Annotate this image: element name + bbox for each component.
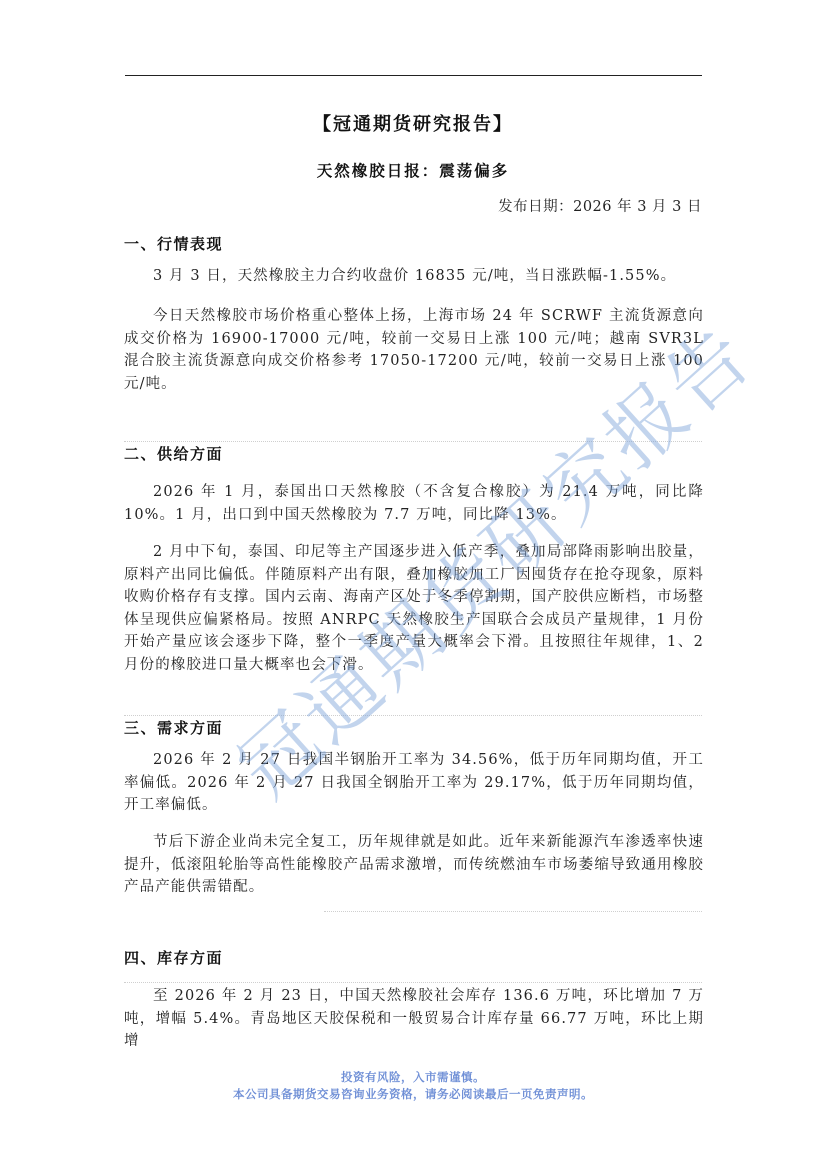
paragraph-inventory: 至 2026 年 2 月 23 日，中国天然橡胶社会库存 136.6 万吨，环比… bbox=[124, 985, 704, 1053]
section-heading-demand: 三、需求方面 bbox=[124, 717, 223, 738]
section-divider bbox=[324, 911, 702, 912]
section-heading-inventory: 四、库存方面 bbox=[124, 947, 223, 968]
report-title: 【冠通期货研究报告】 bbox=[0, 110, 826, 136]
document-page: 【冠通期货研究报告】 天然橡胶日报：震荡偏多 发布日期：2026 年 3 月 3… bbox=[0, 0, 826, 1169]
qualification-disclaimer: 本公司具备期货交易咨询业务资格，请务必阅读最后一页免责声明。 bbox=[0, 1086, 826, 1102]
publish-date: 发布日期：2026 年 3 月 3 日 bbox=[498, 195, 702, 216]
paragraph-market-spot: 今日天然橡胶市场价格重心整体上扬，上海市场 24 年 SCRWF 主流货源意向成… bbox=[124, 305, 704, 395]
paragraph-supply-exports: 2026 年 1 月，泰国出口天然橡胶（不含复合橡胶）为 21.4 万吨，同比降… bbox=[124, 481, 704, 526]
paragraph-market-close: 3 月 3 日，天然橡胶主力合约收盘价 16835 元/吨，当日涨跌幅-1.55… bbox=[124, 265, 704, 288]
section-divider bbox=[124, 715, 702, 716]
paragraph-demand-rates: 2026 年 2 月 27 日我国半钢胎开工率为 34.56%，低于历年同期均值… bbox=[124, 749, 704, 817]
paragraph-demand-analysis: 节后下游企业尚未完全复工，历年规律就是如此。近年来新能源汽车渗透率快速提升，低滚… bbox=[124, 831, 704, 899]
risk-disclaimer: 投资有风险，入市需谨慎。 bbox=[0, 1069, 826, 1085]
header-rule bbox=[125, 75, 702, 76]
section-divider bbox=[124, 441, 702, 442]
section-heading-supply: 二、供给方面 bbox=[124, 443, 223, 464]
report-subtitle: 天然橡胶日报：震荡偏多 bbox=[0, 159, 826, 181]
paragraph-supply-production: 2 月中下旬，泰国、印尼等主产国逐步进入低产季，叠加局部降雨影响出胶量，原料产出… bbox=[124, 541, 704, 676]
section-heading-market: 一、行情表现 bbox=[124, 233, 223, 254]
section-divider bbox=[124, 982, 702, 983]
